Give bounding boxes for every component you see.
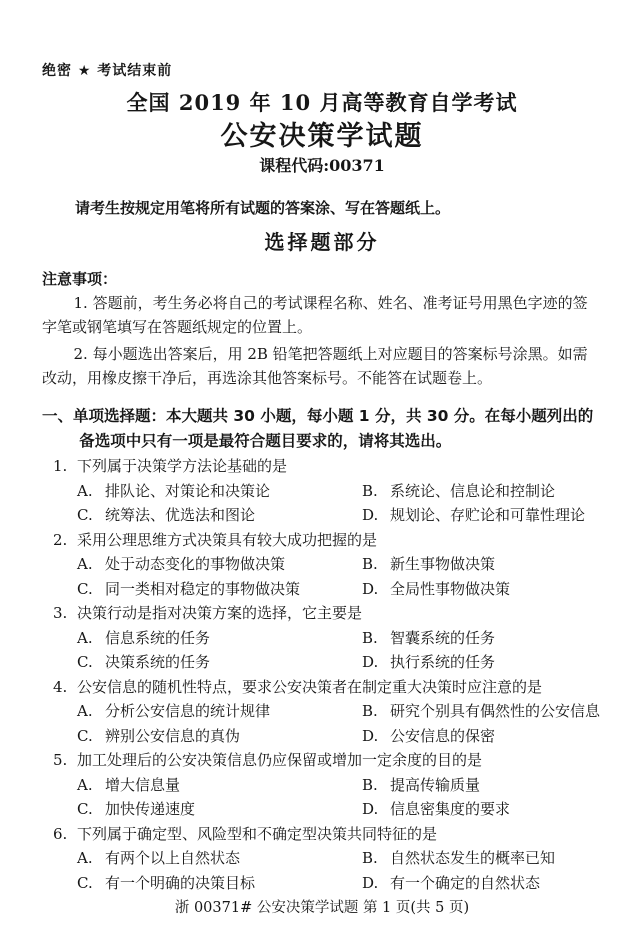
option-label: A. xyxy=(77,846,105,871)
option: B.研究个别具有偶然性的公安信息 xyxy=(362,699,602,724)
option-label: A. xyxy=(77,699,105,724)
option-label: D. xyxy=(362,503,390,528)
question-options: A.信息系统的任务B.智囊系统的任务C.决策系统的任务D.执行系统的任务 xyxy=(42,626,602,675)
question-stem: 下列属于确定型、风险型和不确定型决策共同特征的是 xyxy=(77,822,602,847)
exam-paper-page: 绝密 ★ 考试结束前 全国 2019 年 10 月高等教育自学考试 公安决策学试… xyxy=(0,0,640,940)
option-text: 自然状态发生的概率已知 xyxy=(390,846,602,871)
question-block: 2. 采用公理思维方式决策具有较大成功把握的是 A.处于动态变化的事物做决策B.… xyxy=(42,528,602,602)
option: D.信息密集度的要求 xyxy=(362,797,602,822)
option: C.统筹法、优选法和图论 xyxy=(77,503,362,528)
option-label: D. xyxy=(362,724,390,749)
option-text: 执行系统的任务 xyxy=(390,650,602,675)
question-stem: 采用公理思维方式决策具有较大成功把握的是 xyxy=(77,528,602,553)
option-text: 提高传输质量 xyxy=(390,773,602,798)
option: C.决策系统的任务 xyxy=(77,650,362,675)
option-text: 决策系统的任务 xyxy=(105,650,362,675)
option-text: 有两个以上自然状态 xyxy=(105,846,362,871)
option: D.全局性事物做决策 xyxy=(362,577,602,602)
section-title: 选择题部分 xyxy=(42,230,602,254)
option: A.有两个以上自然状态 xyxy=(77,846,362,871)
option-label: C. xyxy=(77,503,105,528)
option: A.处于动态变化的事物做决策 xyxy=(77,552,362,577)
option: D.执行系统的任务 xyxy=(362,650,602,675)
question-number: 2. xyxy=(53,528,77,553)
option-text: 处于动态变化的事物做决策 xyxy=(105,552,362,577)
answer-sheet-instruction: 请考生按规定用笔将所有试题的答案涂、写在答题纸上。 xyxy=(42,198,602,218)
question-block: 4. 公安信息的随机性特点，要求公安决策者在制定重大决策时应注意的是 A.分析公… xyxy=(42,675,602,749)
option-label: C. xyxy=(77,724,105,749)
option-text: 同一类相对稳定的事物做决策 xyxy=(105,577,362,602)
option-label: B. xyxy=(362,626,390,651)
question-stem-line: 6. 下列属于确定型、风险型和不确定型决策共同特征的是 xyxy=(42,822,602,847)
option-text: 公安信息的保密 xyxy=(390,724,602,749)
question-block: 6. 下列属于确定型、风险型和不确定型决策共同特征的是 A.有两个以上自然状态B… xyxy=(42,822,602,896)
option-label: D. xyxy=(362,577,390,602)
question-options: A.处于动态变化的事物做决策B.新生事物做决策C.同一类相对稳定的事物做决策D.… xyxy=(42,552,602,601)
question-block: 1. 下列属于决策学方法论基础的是 A.排队论、对策论和决策论B.系统论、信息论… xyxy=(42,454,602,528)
option-text: 智囊系统的任务 xyxy=(390,626,602,651)
option-label: C. xyxy=(77,577,105,602)
exam-subject-title: 公安决策学试题 xyxy=(42,120,602,154)
option-label: D. xyxy=(362,650,390,675)
question-stem: 决策行动是指对决策方案的选择，它主要是 xyxy=(77,601,602,626)
option: A.排队论、对策论和决策论 xyxy=(77,479,362,504)
option-label: A. xyxy=(77,552,105,577)
option-label: A. xyxy=(77,479,105,504)
option-text: 信息系统的任务 xyxy=(105,626,362,651)
question-list: 1. 下列属于决策学方法论基础的是 A.排队论、对策论和决策论B.系统论、信息论… xyxy=(42,454,602,895)
option-text: 增大信息量 xyxy=(105,773,362,798)
option-label: D. xyxy=(362,797,390,822)
question-stem-line: 4. 公安信息的随机性特点，要求公安决策者在制定重大决策时应注意的是 xyxy=(42,675,602,700)
classification-banner: 绝密 ★ 考试结束前 xyxy=(42,62,602,80)
note-item: 2. 每小题选出答案后，用 2B 铅笔把答题纸上对应题目的答案标号涂黑。如需改动… xyxy=(42,343,602,390)
question-stem-line: 3. 决策行动是指对决策方案的选择，它主要是 xyxy=(42,601,602,626)
option-label: B. xyxy=(362,699,390,724)
option-text: 加快传递速度 xyxy=(105,797,362,822)
course-code: 课程代码:00371 xyxy=(42,156,602,176)
option-text: 系统论、信息论和控制论 xyxy=(390,479,602,504)
question-stem: 下列属于决策学方法论基础的是 xyxy=(77,454,602,479)
notes-heading: 注意事项： xyxy=(42,270,602,288)
question-options: A.排队论、对策论和决策论B.系统论、信息论和控制论C.统筹法、优选法和图论D.… xyxy=(42,479,602,528)
option: C.有一个明确的决策目标 xyxy=(77,871,362,896)
question-block: 3. 决策行动是指对决策方案的选择，它主要是 A.信息系统的任务B.智囊系统的任… xyxy=(42,601,602,675)
question-number: 3. xyxy=(53,601,77,626)
option-label: C. xyxy=(77,797,105,822)
option-label: C. xyxy=(77,871,105,896)
option-label: A. xyxy=(77,773,105,798)
option: C.加快传递速度 xyxy=(77,797,362,822)
option: C.辨别公安信息的真伪 xyxy=(77,724,362,749)
option: D.规划论、存贮论和可靠性理论 xyxy=(362,503,602,528)
exam-title: 全国 2019 年 10 月高等教育自学考试 xyxy=(42,90,602,116)
question-options: A.增大信息量B.提高传输质量C.加快传递速度D.信息密集度的要求 xyxy=(42,773,602,822)
page-footer: 浙 00371# 公安决策学试题 第 1 页(共 5 页) xyxy=(42,899,602,917)
question-stem: 公安信息的随机性特点，要求公安决策者在制定重大决策时应注意的是 xyxy=(77,675,602,700)
option-text: 全局性事物做决策 xyxy=(390,577,602,602)
note-item: 1. 答题前，考生务必将自己的考试课程名称、姓名、准考证号用黑色字迹的签字笔或钢… xyxy=(42,292,602,339)
option: A.信息系统的任务 xyxy=(77,626,362,651)
option: D.公安信息的保密 xyxy=(362,724,602,749)
question-stem: 加工处理后的公安决策信息仍应保留或增加一定余度的目的是 xyxy=(77,748,602,773)
question-number: 4. xyxy=(53,675,77,700)
option-label: A. xyxy=(77,626,105,651)
question-number: 6. xyxy=(53,822,77,847)
option-text: 有一个明确的决策目标 xyxy=(105,871,362,896)
option-text: 分析公安信息的统计规律 xyxy=(105,699,362,724)
option: B.自然状态发生的概率已知 xyxy=(362,846,602,871)
question-number: 5. xyxy=(53,748,77,773)
option: A.增大信息量 xyxy=(77,773,362,798)
option-label: D. xyxy=(362,871,390,896)
option-text: 统筹法、优选法和图论 xyxy=(105,503,362,528)
option-text: 辨别公安信息的真伪 xyxy=(105,724,362,749)
option: D.有一个确定的自然状态 xyxy=(362,871,602,896)
option-label: B. xyxy=(362,552,390,577)
question-options: A.分析公安信息的统计规律B.研究个别具有偶然性的公安信息C.辨别公安信息的真伪… xyxy=(42,699,602,748)
option-text: 研究个别具有偶然性的公安信息 xyxy=(390,699,602,724)
question-options: A.有两个以上自然状态B.自然状态发生的概率已知C.有一个明确的决策目标D.有一… xyxy=(42,846,602,895)
question-stem-line: 2. 采用公理思维方式决策具有较大成功把握的是 xyxy=(42,528,602,553)
option: B.系统论、信息论和控制论 xyxy=(362,479,602,504)
option-text: 排队论、对策论和决策论 xyxy=(105,479,362,504)
option: B.智囊系统的任务 xyxy=(362,626,602,651)
option: B.提高传输质量 xyxy=(362,773,602,798)
option-label: B. xyxy=(362,479,390,504)
option-text: 有一个确定的自然状态 xyxy=(390,871,602,896)
option-text: 信息密集度的要求 xyxy=(390,797,602,822)
option: C.同一类相对稳定的事物做决策 xyxy=(77,577,362,602)
option: A.分析公安信息的统计规律 xyxy=(77,699,362,724)
option-text: 规划论、存贮论和可靠性理论 xyxy=(390,503,602,528)
part-one-heading: 一、单项选择题：本大题共 30 小题，每小题 1 分，共 30 分。在每小题列出… xyxy=(42,404,602,454)
option-label: B. xyxy=(362,846,390,871)
question-number: 1. xyxy=(53,454,77,479)
option-text: 新生事物做决策 xyxy=(390,552,602,577)
option-label: C. xyxy=(77,650,105,675)
question-block: 5. 加工处理后的公安决策信息仍应保留或增加一定余度的目的是 A.增大信息量B.… xyxy=(42,748,602,822)
option: B.新生事物做决策 xyxy=(362,552,602,577)
option-label: B. xyxy=(362,773,390,798)
question-stem-line: 1. 下列属于决策学方法论基础的是 xyxy=(42,454,602,479)
question-stem-line: 5. 加工处理后的公安决策信息仍应保留或增加一定余度的目的是 xyxy=(42,748,602,773)
